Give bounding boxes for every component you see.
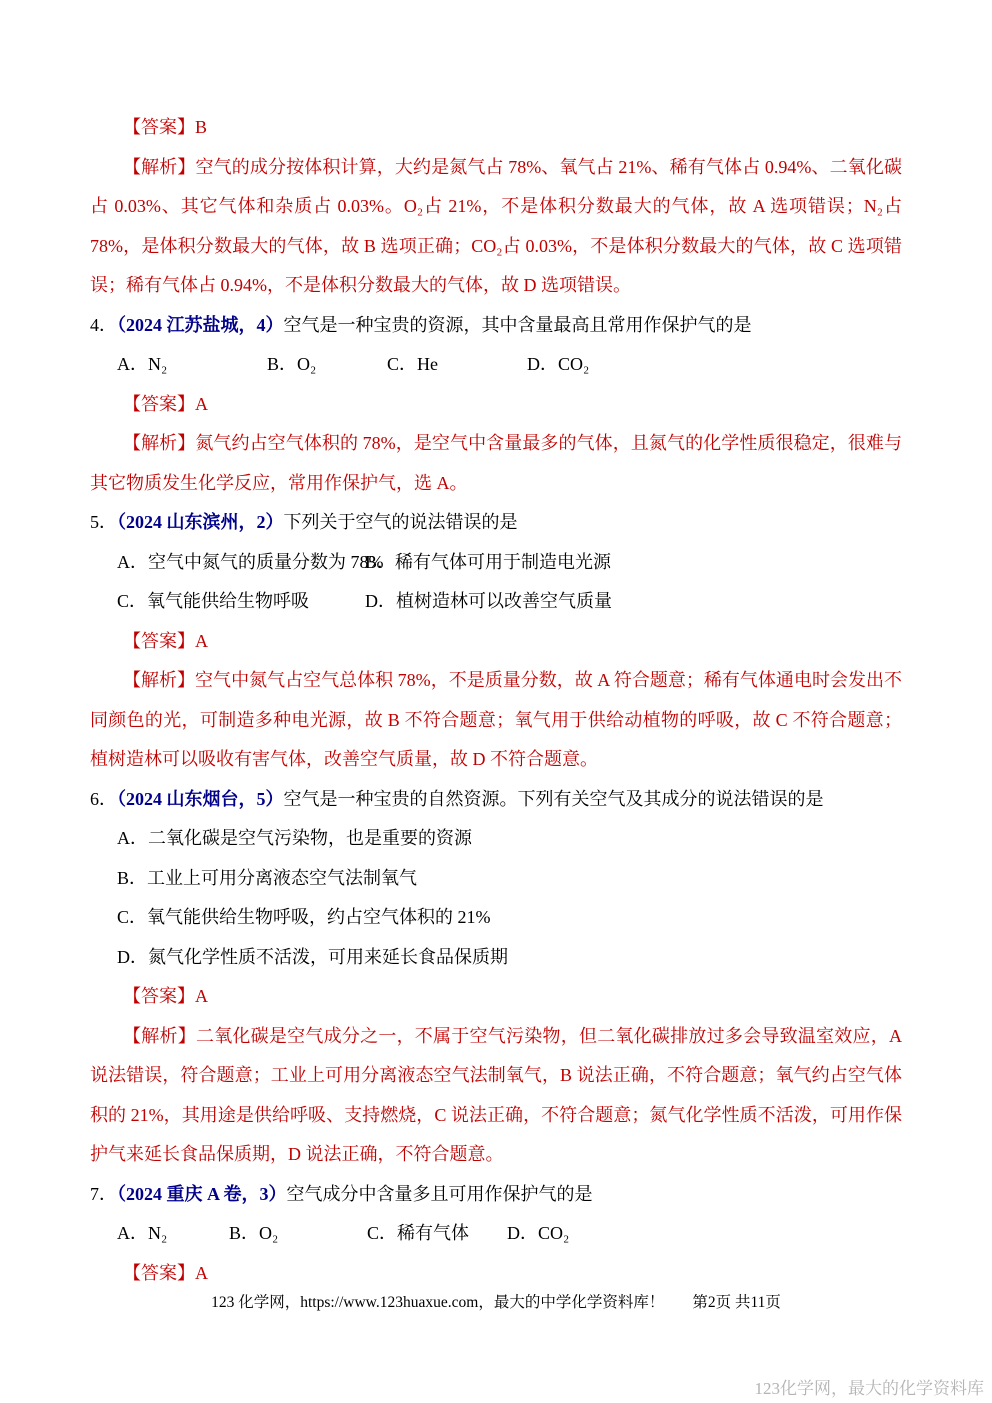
answer-line: 【答案】B (90, 108, 902, 148)
question-stem: 下列关于空气的说法错误的是 (284, 512, 518, 532)
answer-label: 【答案】 (123, 394, 195, 414)
question-number: 5． (90, 512, 117, 532)
option-b: B．稀有气体可用于制造电光源 (365, 543, 611, 583)
analysis-label: 【解析】 (123, 1026, 196, 1046)
question-source-tag: （2024 山东滨州，2） (117, 512, 284, 532)
answer-line: 【答案】A (90, 622, 902, 662)
answer-value: B (195, 117, 207, 137)
answer-label: 【答案】 (123, 1263, 195, 1283)
analysis-paragraph: 【解析】氮气约占空气体积的 78%，是空气中含量最多的气体，且氮气的化学性质很稳… (90, 424, 902, 503)
question-5-options-row-1: A．空气中氮气的质量分数为 78% B．稀有气体可用于制造电光源 (90, 543, 902, 583)
question-source-tag: （2024 山东烟台，5） (117, 789, 284, 809)
analysis-label: 【解析】 (123, 433, 195, 453)
page-content: 【答案】B 【解析】空气的成分按体积计算，大约是氮气占 78%、氧气占 21%、… (90, 108, 902, 1293)
answer-label: 【答案】 (123, 631, 195, 651)
analysis-text: 二氧化碳是空气成分之一，不属于空气污染物，但二氧化碳排放过多会导致温室效应，A … (90, 1026, 902, 1165)
answer-value: A (195, 394, 208, 414)
question-stem: 空气是一种宝贵的自然资源。下列有关空气及其成分的说法错误的是 (284, 789, 824, 809)
question-number: 6． (90, 789, 117, 809)
option-c: C．氧气能供给生物呼吸 (117, 582, 365, 622)
question-stem: 空气成分中含量多且可用作保护气的是 (287, 1184, 593, 1204)
answer-label: 【答案】 (123, 986, 195, 1006)
option-d: D．氮气化学性质不活泼，可用来延长食品保质期 (90, 938, 902, 978)
option-a: A．空气中氮气的质量分数为 78% (117, 543, 365, 583)
analysis-paragraph: 【解析】二氧化碳是空气成分之一，不属于空气污染物，但二氧化碳排放过多会导致温室效… (90, 1017, 902, 1175)
option-d: D．植树造林可以改善空气质量 (365, 582, 612, 622)
question-5-options-row-2: C．氧气能供给生物呼吸 D．植树造林可以改善空气质量 (90, 582, 902, 622)
option-a: A．N₂ (117, 1214, 229, 1254)
question-source-tag: （2024 江苏盐城，4） (117, 315, 284, 335)
analysis-text: 空气的成分按体积计算，大约是氮气占 78%、氧气占 21%、稀有气体占 0.94… (90, 157, 902, 296)
page-footer: 123 化学网，https://www.123huaxue.com，最大的中学化… (0, 1290, 992, 1312)
answer-value: A (195, 986, 208, 1006)
question-6-header: 6．（2024 山东烟台，5）空气是一种宝贵的自然资源。下列有关空气及其成分的说… (90, 780, 902, 820)
answer-line: 【答案】A (90, 385, 902, 425)
question-7-options-row: A．N₂ B．O₂ C．稀有气体 D．CO₂ (90, 1214, 902, 1254)
analysis-text: 氮气约占空气体积的 78%，是空气中含量最多的气体，且氮气的化学性质很稳定，很难… (90, 433, 902, 493)
question-number: 4． (90, 315, 117, 335)
answer-value: A (195, 631, 208, 651)
analysis-label: 【解析】 (123, 157, 196, 177)
question-source-tag: （2024 重庆 A 卷，3） (117, 1184, 287, 1204)
option-c: C．氧气能供给生物呼吸，约占空气体积的 21% (90, 898, 902, 938)
option-d: D．CO₂ (507, 1214, 569, 1254)
option-b: B．工业上可用分离液态空气法制氧气 (90, 859, 902, 899)
answer-line: 【答案】A (90, 1254, 902, 1294)
answer-line: 【答案】A (90, 977, 902, 1017)
footer-page-number: 第2页 共11页 (692, 1294, 781, 1311)
option-b: B．O₂ (229, 1214, 367, 1254)
analysis-text: 空气中氮气占空气总体积 78%，不是质量分数，故 A 符合题意；稀有气体通电时会… (90, 670, 902, 769)
document-page: 【答案】B 【解析】空气的成分按体积计算，大约是氮气占 78%、氧气占 21%、… (0, 0, 992, 1403)
answer-value: A (195, 1263, 208, 1283)
analysis-paragraph: 【解析】空气中氮气占空气总体积 78%，不是质量分数，故 A 符合题意；稀有气体… (90, 661, 902, 780)
option-a: A．二氧化碳是空气污染物，也是重要的资源 (90, 819, 902, 859)
question-4-options-row: A．N₂ B．O₂ C．He D．CO₂ (90, 345, 902, 385)
analysis-paragraph: 【解析】空气的成分按体积计算，大约是氮气占 78%、氧气占 21%、稀有气体占 … (90, 148, 902, 306)
answer-label: 【答案】 (123, 117, 195, 137)
question-5-header: 5．（2024 山东滨州，2）下列关于空气的说法错误的是 (90, 503, 902, 543)
watermark: 123化学网，最大的化学资料库 (755, 1374, 985, 1399)
analysis-label: 【解析】 (123, 670, 195, 690)
option-d: D．CO₂ (527, 345, 589, 385)
question-number: 7． (90, 1184, 117, 1204)
option-b: B．O₂ (267, 345, 387, 385)
option-c: C．稀有气体 (367, 1214, 507, 1254)
question-7-header: 7．（2024 重庆 A 卷，3）空气成分中含量多且可用作保护气的是 (90, 1175, 902, 1215)
footer-site-info: 123 化学网，https://www.123huaxue.com，最大的中学化… (211, 1294, 664, 1311)
option-a: A．N₂ (117, 345, 267, 385)
question-stem: 空气是一种宝贵的资源，其中含量最高且常用作保护气的是 (284, 315, 752, 335)
question-4-header: 4．（2024 江苏盐城，4）空气是一种宝贵的资源，其中含量最高且常用作保护气的… (90, 306, 902, 346)
option-c: C．He (387, 345, 527, 385)
